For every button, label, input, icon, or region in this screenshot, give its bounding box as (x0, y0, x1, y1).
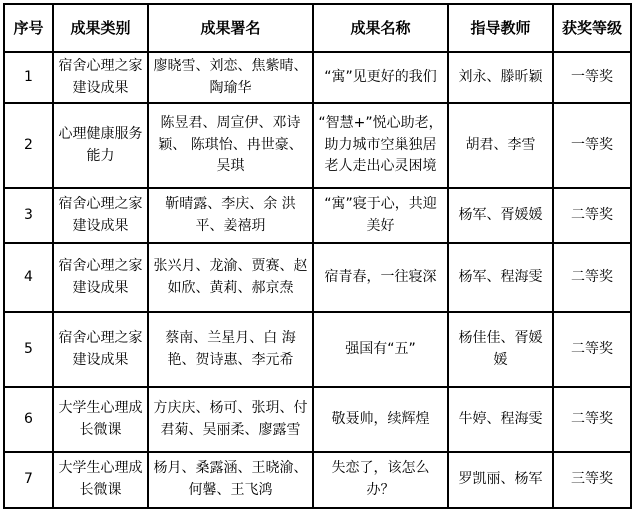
cell-category: 宿舍心理之家建设成果 (53, 188, 148, 243)
cell-authors: 靳晴露、李庆、余 洪平、姜禧玥 (148, 188, 313, 243)
header-cell-category: 成果类别 (53, 4, 148, 52)
cell-award: 二等奖 (553, 188, 631, 243)
cell-category: 大学生心理成长微课 (53, 452, 148, 508)
cell-award: 二等奖 (553, 243, 631, 312)
cell-name: 失恋了，该怎么办？ (313, 452, 448, 508)
cell-authors: 方庆庆、杨可、张玥、付君菊、吴丽柔、廖露雪 (148, 387, 313, 452)
cell-authors: 廖晓雪、刘恋、焦紫晴、陶瑜华 (148, 52, 313, 103)
table-row: 1宿舍心理之家建设成果廖晓雪、刘恋、焦紫晴、陶瑜华“寓”见更好的我们刘永、滕昕颖… (4, 52, 631, 103)
header-cell-authors: 成果署名 (148, 4, 313, 52)
cell-teachers: 牛婷、程海雯 (448, 387, 553, 452)
table-row: 7大学生心理成长微课杨月、桑露涵、王晓渝、何馨、王飞鸿失恋了，该怎么办？罗凯丽、… (4, 452, 631, 508)
cell-award: 三等奖 (553, 452, 631, 508)
cell-teachers: 罗凯丽、杨军 (448, 452, 553, 508)
cell-num: 1 (4, 52, 53, 103)
cell-award: 二等奖 (553, 387, 631, 452)
cell-num: 2 (4, 103, 53, 188)
cell-authors: 蔡南、兰星月、白 海艳、贺诗惠、李元希 (148, 312, 313, 387)
table-row: 5宿舍心理之家建设成果蔡南、兰星月、白 海艳、贺诗惠、李元希强国有“五”杨佳佳、… (4, 312, 631, 387)
cell-name: “寓”见更好的我们 (313, 52, 448, 103)
cell-name: 宿青春，一往寝深 (313, 243, 448, 312)
header-cell-award: 获奖等级 (553, 4, 631, 52)
cell-teachers: 杨军、胥媛媛 (448, 188, 553, 243)
cell-name: 敬聂帅，续辉煌 (313, 387, 448, 452)
cell-category: 宿舍心理之家建设成果 (53, 243, 148, 312)
cell-authors: 张兴月、龙渝、贾赛、赵如欣、黄莉、郝京焘 (148, 243, 313, 312)
table-row: 6大学生心理成长微课方庆庆、杨可、张玥、付君菊、吴丽柔、廖露雪敬聂帅，续辉煌牛婷… (4, 387, 631, 452)
table-row: 3宿舍心理之家建设成果靳晴露、李庆、余 洪平、姜禧玥“寓”寝于心，共迎美好杨军、… (4, 188, 631, 243)
cell-authors: 杨月、桑露涵、王晓渝、何馨、王飞鸿 (148, 452, 313, 508)
cell-num: 6 (4, 387, 53, 452)
cell-num: 4 (4, 243, 53, 312)
cell-num: 5 (4, 312, 53, 387)
cell-num: 3 (4, 188, 53, 243)
header-cell-name: 成果名称 (313, 4, 448, 52)
cell-category: 大学生心理成长微课 (53, 387, 148, 452)
cell-authors: 陈昱君、周宣伊、邓诗颖、 陈琪怡、冉世豪、吴琪 (148, 103, 313, 188)
header-cell-num: 序号 (4, 4, 53, 52)
cell-name: “寓”寝于心，共迎美好 (313, 188, 448, 243)
results-table: 序号 成果类别 成果署名 成果名称 指导教师 获奖等级 1宿舍心理之家建设成果廖… (3, 3, 632, 509)
page: 序号 成果类别 成果署名 成果名称 指导教师 获奖等级 1宿舍心理之家建设成果廖… (0, 0, 633, 509)
cell-category: 心理健康服务能力 (53, 103, 148, 188)
cell-name: 强国有“五” (313, 312, 448, 387)
cell-teachers: 杨佳佳、胥媛媛 (448, 312, 553, 387)
cell-category: 宿舍心理之家建设成果 (53, 312, 148, 387)
cell-name: “智慧+”悦心助老，助力城市空巢独居老人走出心灵困境 (313, 103, 448, 188)
header-cell-teachers: 指导教师 (448, 4, 553, 52)
cell-num: 7 (4, 452, 53, 508)
cell-category: 宿舍心理之家建设成果 (53, 52, 148, 103)
cell-teachers: 杨军、程海雯 (448, 243, 553, 312)
cell-teachers: 胡君、李雪 (448, 103, 553, 188)
table-body: 1宿舍心理之家建设成果廖晓雪、刘恋、焦紫晴、陶瑜华“寓”见更好的我们刘永、滕昕颖… (4, 52, 631, 508)
cell-award: 一等奖 (553, 52, 631, 103)
cell-teachers: 刘永、滕昕颖 (448, 52, 553, 103)
table-row: 2心理健康服务能力陈昱君、周宣伊、邓诗颖、 陈琪怡、冉世豪、吴琪“智慧+”悦心助… (4, 103, 631, 188)
header-row: 序号 成果类别 成果署名 成果名称 指导教师 获奖等级 (4, 4, 631, 52)
table-row: 4宿舍心理之家建设成果张兴月、龙渝、贾赛、赵如欣、黄莉、郝京焘宿青春，一往寝深杨… (4, 243, 631, 312)
cell-award: 二等奖 (553, 312, 631, 387)
cell-award: 一等奖 (553, 103, 631, 188)
